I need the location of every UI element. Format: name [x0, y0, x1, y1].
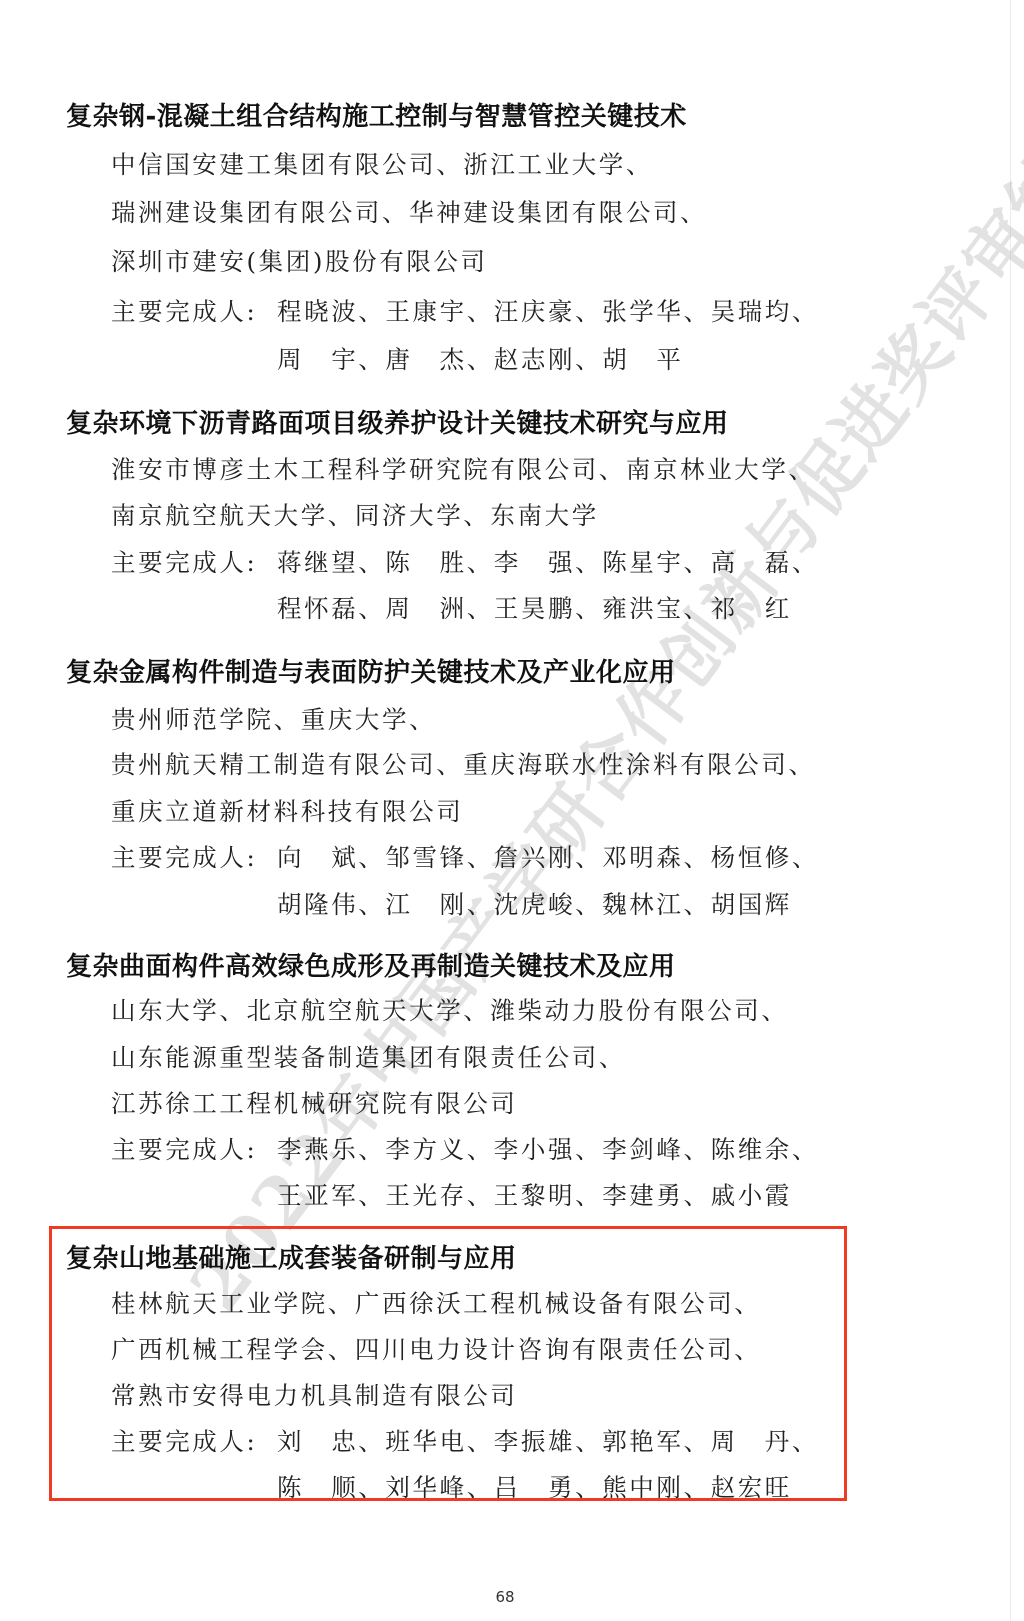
entry-unit-line: 淮安市博彦土木工程科学研究院有限公司、南京林业大学、 [111, 451, 816, 486]
people-names-line: 蒋继望、陈 胜、李 强、陈星宇、高 磊、 [277, 544, 819, 579]
entry-unit-line: 山东能源重型装备制造集团有限责任公司、 [111, 1039, 626, 1074]
entry-unit-line: 贵州航天精工制造有限公司、重庆海联水性涂料有限公司、 [111, 746, 816, 781]
entry-unit-line: 中信国安建工集团有限公司、浙江工业大学、 [111, 146, 653, 181]
entry-unit-line: 贵州师范学院、重庆大学、 [111, 701, 436, 736]
entry-unit-line: 广西机械工程学会、四川电力设计咨询有限责任公司、 [111, 1331, 761, 1366]
entry-unit-line: 桂林航天工业学院、广西徐沃工程机械设备有限公司、 [111, 1285, 761, 1320]
entry-unit-line: 山东大学、北京航空航天大学、潍柴动力股份有限公司、 [111, 992, 789, 1027]
document-page: 2022年中国产学研合作创新与促进奖评审结果公示 复杂钢-混凝土组合结构施工控制… [0, 0, 1011, 1621]
entry-unit-line: 深圳市建安(集团)股份有限公司 [111, 243, 488, 278]
people-label: 主要完成人: [111, 1131, 271, 1166]
people-names-line: 刘 忠、班华电、李振雄、郭艳军、周 丹、 [277, 1423, 819, 1458]
people-names-line: 程晓波、王康宇、汪庆豪、张学华、吴瑞均、 [277, 293, 819, 328]
people-names-line: 王亚军、王光存、王黎明、李建勇、戚小霞 [277, 1177, 792, 1212]
people-names-line: 程怀磊、周 洲、王昊鹏、雍洪宝、祁 红 [277, 590, 792, 625]
people-names-line: 李燕乐、李方义、李小强、李剑峰、陈维余、 [277, 1131, 819, 1166]
people-names-line: 陈 顺、刘华峰、吕 勇、熊中刚、赵宏旺 [277, 1469, 792, 1504]
entry-unit-line: 南京航空航天大学、同济大学、东南大学 [111, 497, 599, 532]
entry-title: 复杂曲面构件高效绿色成形及再制造关键技术及应用 [66, 946, 676, 983]
people-names-line: 周 宇、唐 杰、赵志刚、胡 平 [277, 341, 684, 376]
people-names-line: 向 斌、邹雪锋、詹兴刚、邓明森、杨恒修、 [277, 839, 819, 874]
people-names-line: 胡隆伟、江 刚、沈虎峻、魏林江、胡国辉 [277, 886, 792, 921]
entry-title: 复杂金属构件制造与表面防护关键技术及产业化应用 [66, 652, 676, 689]
entry-unit-line: 常熟市安得电力机具制造有限公司 [111, 1377, 518, 1412]
entry-title: 复杂山地基础施工成套装备研制与应用 [66, 1238, 517, 1275]
entry-title: 复杂环境下沥青路面项目级养护设计关键技术研究与应用 [66, 403, 729, 440]
entry-unit-line: 江苏徐工工程机械研究院有限公司 [111, 1085, 518, 1120]
people-label: 主要完成人: [111, 544, 271, 579]
people-label: 主要完成人: [111, 839, 271, 874]
entry-unit-line: 重庆立道新材料科技有限公司 [111, 793, 463, 828]
page-number: 68 [0, 1588, 1010, 1606]
entry-unit-line: 瑞洲建设集团有限公司、华神建设集团有限公司、 [111, 194, 707, 229]
entry-title: 复杂钢-混凝土组合结构施工控制与智慧管控关键技术 [66, 96, 687, 133]
people-label: 主要完成人: [111, 293, 271, 328]
people-label: 主要完成人: [111, 1423, 271, 1458]
